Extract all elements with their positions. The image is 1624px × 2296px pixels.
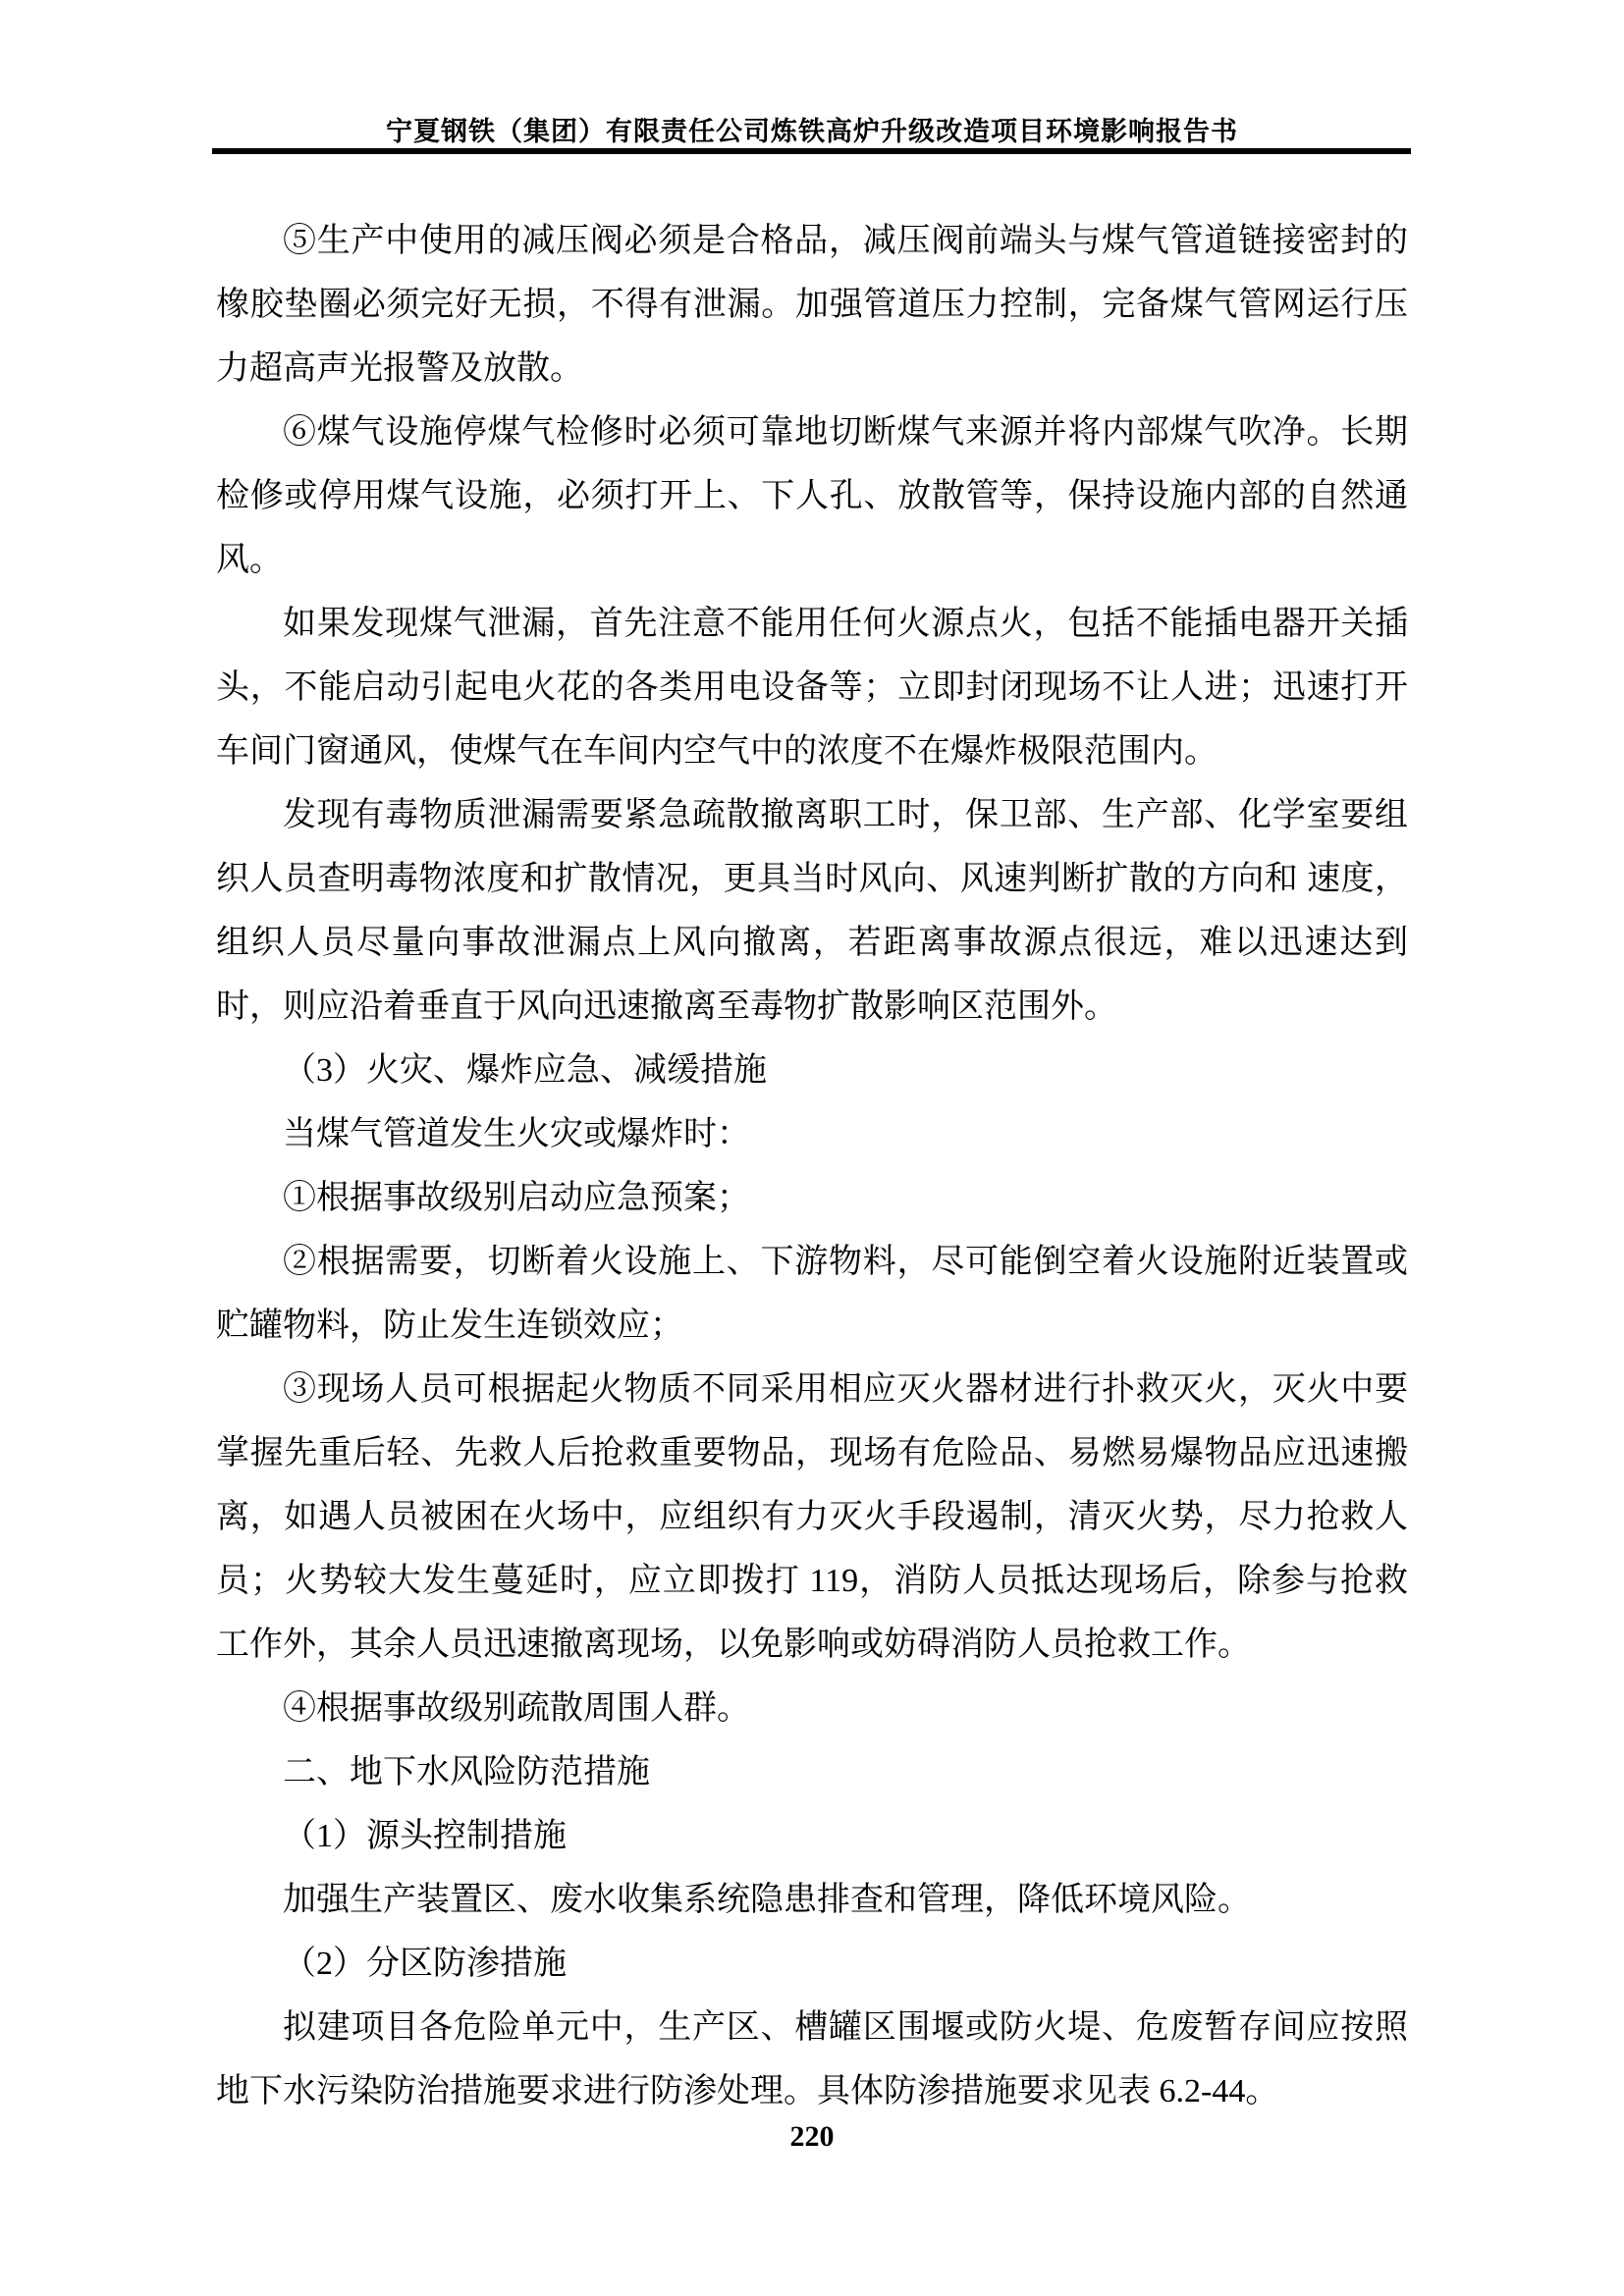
body-paragraph: ①根据事故级别启动应急预案； — [216, 1166, 1408, 1230]
body-paragraph: 发现有毒物质泄漏需要紧急疏散撤离职工时，保卫部、生产部、化学室要组织人员查明毒物… — [216, 783, 1408, 1039]
body-paragraph: 拟建项目各危险单元中，生产区、槽罐区围堰或防火堤、危废暂存间应按照地下水污染防治… — [216, 1996, 1408, 2123]
body-paragraph: （1）源头控制措施 — [216, 1804, 1408, 1868]
document-page: 宁夏钢铁（集团）有限责任公司炼铁高炉升级改造项目环境影响报告书 ⑤生产中使用的减… — [0, 0, 1624, 2296]
body-paragraph: ④根据事故级别疏散周围人群。 — [216, 1677, 1408, 1740]
document-body: ⑤生产中使用的减压阀必须是合格品，减压阀前端头与煤气管道链接密封的橡胶垫圈必须完… — [216, 209, 1408, 2123]
body-paragraph: ⑥煤气设施停煤气检修时必须可靠地切断煤气来源并将内部煤气吹净。长期检修或停用煤气… — [216, 400, 1408, 592]
body-paragraph: 二、地下水风险防范措施 — [216, 1740, 1408, 1804]
body-paragraph: （2）分区防渗措施 — [216, 1932, 1408, 1996]
body-paragraph: 当煤气管道发生火灾或爆炸时： — [216, 1102, 1408, 1166]
page-header-title: 宁夏钢铁（集团）有限责任公司炼铁高炉升级改造项目环境影响报告书 — [0, 110, 1624, 148]
body-paragraph: ②根据需要，切断着火设施上、下游物料，尽可能倒空着火设施附近装置或贮罐物料，防止… — [216, 1230, 1408, 1358]
body-paragraph: ⑤生产中使用的减压阀必须是合格品，减压阀前端头与煤气管道链接密封的橡胶垫圈必须完… — [216, 209, 1408, 400]
body-paragraph: （3）火灾、爆炸应急、减缓措施 — [216, 1039, 1408, 1102]
body-paragraph: 如果发现煤气泄漏，首先注意不能用任何火源点火，包括不能插电器开关插头，不能启动引… — [216, 592, 1408, 783]
header-rule — [212, 148, 1411, 154]
body-paragraph: 加强生产装置区、废水收集系统隐患排查和管理，降低环境风险。 — [216, 1868, 1408, 1932]
body-paragraph: ③现场人员可根据起火物质不同采用相应灭火器材进行扑救灭火，灭火中要掌握先重后轻、… — [216, 1358, 1408, 1677]
page-number: 220 — [0, 2120, 1624, 2154]
